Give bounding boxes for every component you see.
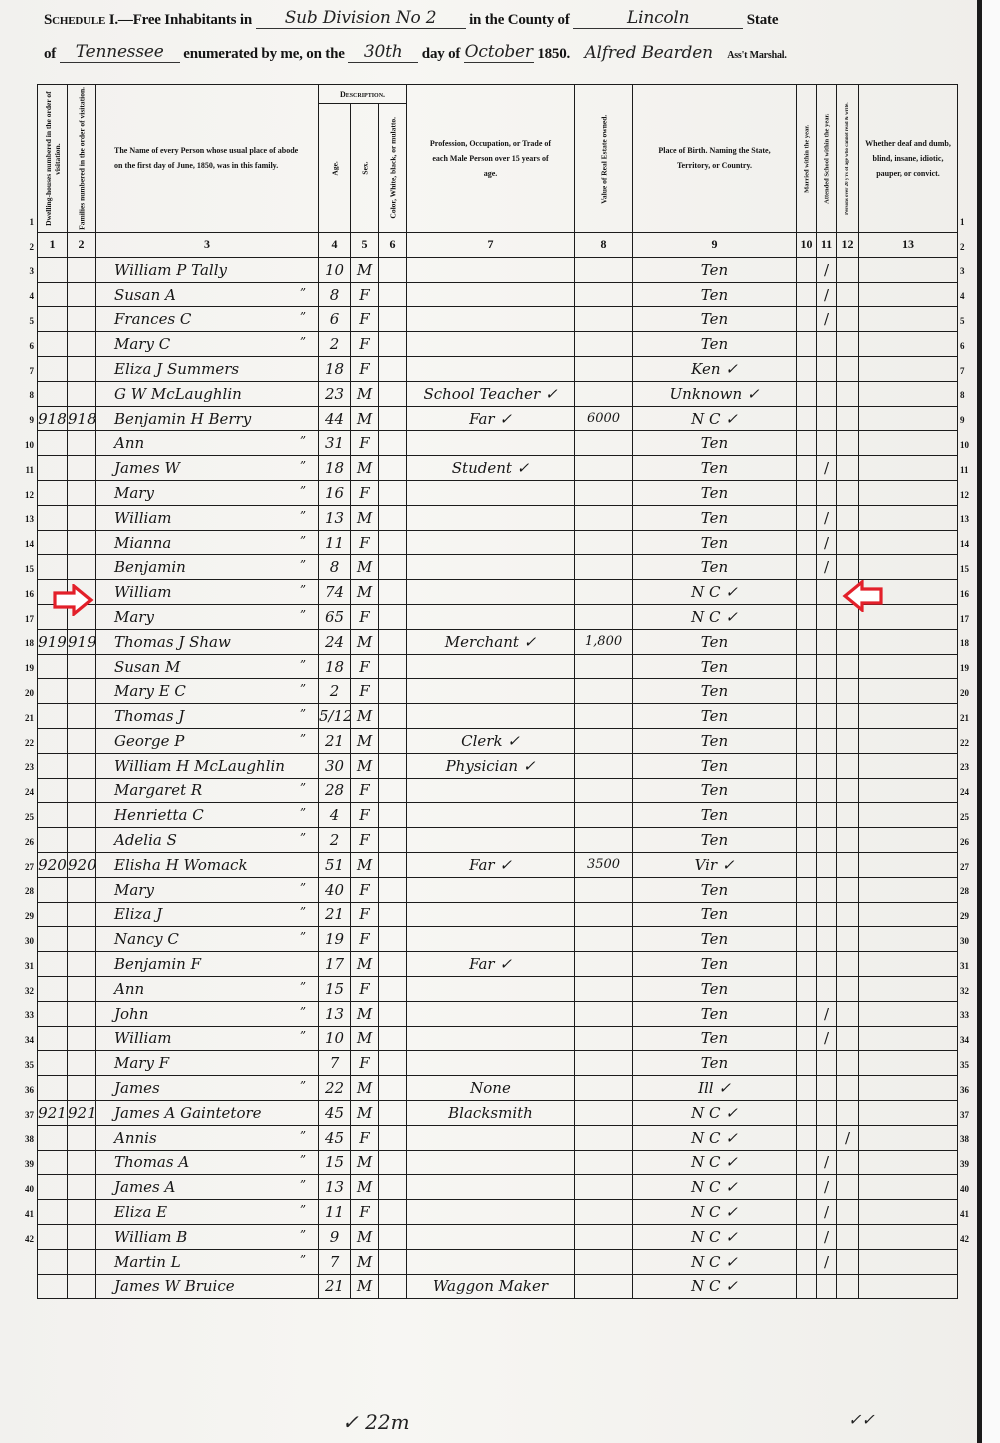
column-number: 11	[817, 232, 837, 257]
line-number-right: 29	[960, 911, 976, 921]
birthplace-cell: N C ✓	[633, 1125, 797, 1150]
attended-school-cell	[817, 406, 837, 431]
person-name-cell: Thomas J Shaw	[96, 629, 319, 654]
color-cell	[379, 505, 407, 530]
sex-cell: F	[351, 605, 379, 630]
day-field: 30th	[348, 42, 418, 63]
person-name: George P	[114, 732, 184, 750]
census-row: Benjamin F17MFar ✓Ten	[38, 952, 958, 977]
line-number-left: 33	[12, 1010, 34, 1020]
line-number-right: 27	[960, 862, 976, 872]
line-number-right: 14	[960, 539, 976, 549]
census-row: Adelia S”2FTen	[38, 828, 958, 853]
person-name: Susan A	[114, 286, 176, 304]
real-estate-value-cell	[575, 704, 633, 729]
color-cell	[379, 1125, 407, 1150]
birthplace-cell: N C ✓	[633, 1274, 797, 1299]
married-within-year-cell	[797, 406, 817, 431]
birthplace-cell: Ten	[633, 530, 797, 555]
attended-school-cell: /	[817, 505, 837, 530]
ditto-mark: ”	[300, 806, 306, 820]
cannot-read-write-cell	[837, 1274, 859, 1299]
person-name: G W McLaughlin	[114, 385, 242, 403]
line-number-left: 27	[12, 862, 34, 872]
sex-cell: F	[351, 828, 379, 853]
ditto-mark: ”	[300, 335, 306, 349]
column-number: 10	[797, 232, 817, 257]
person-name: Thomas A	[114, 1153, 189, 1171]
line-number-right: 19	[960, 663, 976, 673]
sex-cell: F	[351, 530, 379, 555]
cannot-read-write-cell	[837, 307, 859, 332]
schedule-header-line2: of Tennessee enumerated by me, on the 30…	[44, 42, 787, 63]
birthplace-cell: Ten	[633, 1051, 797, 1076]
person-name-cell: Eliza J Summers	[96, 357, 319, 382]
col-header-birthplace: Place of Birth. Naming the State, Territ…	[633, 85, 797, 233]
dwelling-number-cell	[38, 1051, 68, 1076]
sex-cell: M	[351, 555, 379, 580]
married-within-year-cell	[797, 456, 817, 481]
sex-cell: M	[351, 1175, 379, 1200]
census-row: Nancy C”19FTen	[38, 927, 958, 952]
cannot-read-write-cell	[837, 852, 859, 877]
married-within-year-cell	[797, 902, 817, 927]
dwelling-number-cell	[38, 654, 68, 679]
line-number-left: 4	[12, 291, 34, 301]
real-estate-value-cell	[575, 282, 633, 307]
dwelling-number-cell	[38, 282, 68, 307]
family-number-cell	[68, 1249, 96, 1274]
ditto-mark: ”	[300, 682, 306, 696]
line-number-right: 4	[960, 291, 976, 301]
line-number-left: 32	[12, 986, 34, 996]
line-number-right: 26	[960, 837, 976, 847]
sex-cell: M	[351, 1224, 379, 1249]
person-name-cell: George P”	[96, 729, 319, 754]
header-text: enumerated by me, on the	[183, 46, 344, 62]
birthplace-cell: Ten	[633, 729, 797, 754]
age-cell: 5/12	[319, 704, 351, 729]
person-name-cell: Mary E C”	[96, 679, 319, 704]
family-number-cell	[68, 828, 96, 853]
cannot-read-write-cell	[837, 431, 859, 456]
married-within-year-cell	[797, 1274, 817, 1299]
deaf-blind-status-cell	[859, 778, 958, 803]
real-estate-value-cell	[575, 307, 633, 332]
attended-school-cell	[817, 431, 837, 456]
person-name: Frances C	[114, 310, 191, 328]
cannot-read-write-cell	[837, 729, 859, 754]
cannot-read-write-cell	[837, 629, 859, 654]
person-name-cell: G W McLaughlin	[96, 381, 319, 406]
line-number-left: 9	[12, 415, 34, 425]
married-within-year-cell	[797, 357, 817, 382]
family-number-cell	[68, 555, 96, 580]
real-estate-value-cell	[575, 1026, 633, 1051]
line-number-right: 21	[960, 713, 976, 723]
family-number-cell	[68, 505, 96, 530]
occupation-cell	[407, 976, 575, 1001]
census-row: James A”13MN C ✓/	[38, 1175, 958, 1200]
person-name: Ann	[114, 980, 144, 998]
line-number-right: 15	[960, 564, 976, 574]
attended-school-cell	[817, 357, 837, 382]
birthplace-cell: N C ✓	[633, 580, 797, 605]
person-name-cell: Frances C”	[96, 307, 319, 332]
attended-school-cell: /	[817, 1249, 837, 1274]
person-name-cell: Margaret R”	[96, 778, 319, 803]
line-number-left: 21	[12, 713, 34, 723]
birthplace-cell: Ten	[633, 257, 797, 282]
ditto-mark: ”	[300, 980, 306, 994]
occupation-cell	[407, 927, 575, 952]
occupation-cell	[407, 282, 575, 307]
deaf-blind-status-cell	[859, 1076, 958, 1101]
sex-cell: F	[351, 927, 379, 952]
col-header-real-estate: Value of Real Estate owned.	[575, 85, 633, 233]
birthplace-cell: Ten	[633, 679, 797, 704]
person-name: Benjamin F	[114, 955, 201, 973]
person-name-cell: Nancy C”	[96, 927, 319, 952]
person-name: Mary	[114, 881, 154, 899]
dwelling-number-cell	[38, 976, 68, 1001]
cannot-read-write-cell	[837, 381, 859, 406]
age-cell: 19	[319, 927, 351, 952]
sex-cell: F	[351, 1200, 379, 1225]
married-within-year-cell	[797, 555, 817, 580]
person-name-cell: Elisha H Womack	[96, 852, 319, 877]
sex-cell: M	[351, 952, 379, 977]
footer-check-marks: ✓✓	[848, 1410, 875, 1429]
family-number-cell	[68, 1051, 96, 1076]
real-estate-value-cell	[575, 1224, 633, 1249]
family-number-cell	[68, 1026, 96, 1051]
family-number-cell	[68, 1076, 96, 1101]
color-cell	[379, 927, 407, 952]
family-number-cell	[68, 654, 96, 679]
deaf-blind-status-cell	[859, 704, 958, 729]
color-cell	[379, 778, 407, 803]
age-cell: 7	[319, 1249, 351, 1274]
birthplace-cell: N C ✓	[633, 605, 797, 630]
dwelling-number-cell	[38, 877, 68, 902]
person-name-cell: Mary C”	[96, 332, 319, 357]
census-row: William”74MN C ✓	[38, 580, 958, 605]
cannot-read-write-cell	[837, 1224, 859, 1249]
family-number-cell	[68, 1150, 96, 1175]
line-number-left: 39	[12, 1159, 34, 1169]
sex-cell: M	[351, 1026, 379, 1051]
line-number-left: 42	[12, 1234, 34, 1244]
dwelling-number-cell	[38, 1001, 68, 1026]
person-name-cell: Mary F	[96, 1051, 319, 1076]
married-within-year-cell	[797, 605, 817, 630]
person-name-cell: James”	[96, 1076, 319, 1101]
color-cell	[379, 877, 407, 902]
ditto-mark: ”	[300, 732, 306, 746]
person-name: Annis	[114, 1129, 157, 1147]
deaf-blind-status-cell	[859, 1249, 958, 1274]
sex-cell: M	[351, 753, 379, 778]
person-name: Susan M	[114, 658, 180, 676]
census-row: G W McLaughlin23MSchool Teacher ✓Unknown…	[38, 381, 958, 406]
occupation-cell	[407, 902, 575, 927]
dwelling-number-cell	[38, 828, 68, 853]
census-row: Annis”45FN C ✓/	[38, 1125, 958, 1150]
real-estate-value-cell	[575, 927, 633, 952]
family-number-cell	[68, 1274, 96, 1299]
person-name: William P Tally	[114, 261, 227, 279]
real-estate-value-cell	[575, 729, 633, 754]
age-cell: 44	[319, 406, 351, 431]
line-number-left: 8	[12, 390, 34, 400]
ditto-mark: ”	[300, 1228, 306, 1242]
line-number-left: 14	[12, 539, 34, 549]
real-estate-value-cell	[575, 381, 633, 406]
header-text: in the County of	[469, 12, 570, 28]
color-cell	[379, 753, 407, 778]
census-row: William”13MTen/	[38, 505, 958, 530]
attended-school-cell	[817, 902, 837, 927]
age-cell: 10	[319, 257, 351, 282]
dwelling-number-cell	[38, 1249, 68, 1274]
column-number: 7	[407, 232, 575, 257]
person-name-cell: William”	[96, 505, 319, 530]
cannot-read-write-cell	[837, 654, 859, 679]
cannot-read-write-cell	[837, 1026, 859, 1051]
dwelling-number-cell: 918	[38, 406, 68, 431]
attended-school-cell	[817, 828, 837, 853]
dwelling-number-cell	[38, 704, 68, 729]
line-number-left: 10	[12, 440, 34, 450]
color-cell	[379, 406, 407, 431]
col-header-color: Color, White, black, or mulatto.	[379, 104, 407, 233]
person-name-cell: James W Bruice	[96, 1274, 319, 1299]
occupation-cell	[407, 530, 575, 555]
dwelling-number-cell	[38, 505, 68, 530]
occupation-cell: Blacksmith	[407, 1100, 575, 1125]
real-estate-value-cell	[575, 1150, 633, 1175]
census-table: Dwelling-houses numbered in the order of…	[37, 84, 957, 1299]
attended-school-cell: /	[817, 1150, 837, 1175]
real-estate-value-cell: 3500	[575, 852, 633, 877]
birthplace-cell: N C ✓	[633, 1100, 797, 1125]
census-row: Susan M”18FTen	[38, 654, 958, 679]
line-number-right: 28	[960, 886, 976, 896]
real-estate-value-cell	[575, 332, 633, 357]
deaf-blind-status-cell	[859, 877, 958, 902]
deaf-blind-status-cell	[859, 1100, 958, 1125]
attended-school-cell	[817, 679, 837, 704]
line-number-right: 16	[960, 589, 976, 599]
color-cell	[379, 1001, 407, 1026]
line-number-right: 33	[960, 1010, 976, 1020]
person-name: Adelia S	[114, 831, 177, 849]
age-cell: 21	[319, 902, 351, 927]
sex-cell: M	[351, 629, 379, 654]
person-name: Thomas J	[114, 707, 184, 725]
family-number-cell	[68, 1175, 96, 1200]
color-cell	[379, 431, 407, 456]
birthplace-cell: Ten	[633, 505, 797, 530]
dwelling-number-cell	[38, 729, 68, 754]
married-within-year-cell	[797, 629, 817, 654]
married-within-year-cell	[797, 307, 817, 332]
color-cell	[379, 605, 407, 630]
occupation-cell	[407, 1026, 575, 1051]
age-cell: 11	[319, 530, 351, 555]
column-number: 1	[38, 232, 68, 257]
deaf-blind-status-cell	[859, 1051, 958, 1076]
sex-cell: M	[351, 505, 379, 530]
color-cell	[379, 1200, 407, 1225]
person-name: James W	[114, 459, 180, 477]
line-number-right: 23	[960, 762, 976, 772]
real-estate-value-cell	[575, 1274, 633, 1299]
sex-cell: F	[351, 481, 379, 506]
sex-cell: F	[351, 778, 379, 803]
person-name-cell: Thomas J”	[96, 704, 319, 729]
person-name: James W Bruice	[114, 1277, 235, 1295]
line-number-left: 24	[12, 787, 34, 797]
attended-school-cell	[817, 1100, 837, 1125]
family-number-cell	[68, 976, 96, 1001]
dwelling-number-cell	[38, 481, 68, 506]
census-row: Mary”65FN C ✓	[38, 605, 958, 630]
person-name: Mianna	[114, 534, 171, 552]
age-cell: 18	[319, 456, 351, 481]
dwelling-number-cell: 921	[38, 1100, 68, 1125]
sex-cell: F	[351, 1051, 379, 1076]
family-number-cell: 920	[68, 852, 96, 877]
col-header-occupation: Profession, Occupation, or Trade of each…	[407, 85, 575, 233]
line-number-left: 38	[12, 1134, 34, 1144]
line-number-left: 5	[12, 316, 34, 326]
color-cell	[379, 1274, 407, 1299]
family-number-cell	[68, 877, 96, 902]
married-within-year-cell	[797, 803, 817, 828]
census-row: 921921James A Gaintetore45MBlacksmithN C…	[38, 1100, 958, 1125]
line-number-left: 28	[12, 886, 34, 896]
birthplace-cell: Ten	[633, 307, 797, 332]
person-name: Mary	[114, 484, 154, 502]
person-name: James A	[114, 1178, 175, 1196]
dwelling-number-cell	[38, 1150, 68, 1175]
family-number-cell	[68, 357, 96, 382]
married-within-year-cell	[797, 778, 817, 803]
ditto-mark: ”	[300, 509, 306, 523]
age-cell: 8	[319, 282, 351, 307]
age-cell: 45	[319, 1100, 351, 1125]
birthplace-cell: Ten	[633, 902, 797, 927]
person-name-cell: James A”	[96, 1175, 319, 1200]
line-number-left: 26	[12, 837, 34, 847]
line-number-left: 11	[12, 465, 34, 475]
family-number-cell	[68, 530, 96, 555]
census-row: Frances C”6FTen/	[38, 307, 958, 332]
person-name: William	[114, 1029, 172, 1047]
deaf-blind-status-cell	[859, 1026, 958, 1051]
census-row: Mary E C”2FTen	[38, 679, 958, 704]
family-number-cell	[68, 307, 96, 332]
occupation-cell: Waggon Maker	[407, 1274, 575, 1299]
line-number-left: 41	[12, 1209, 34, 1219]
line-number-left: 3	[12, 266, 34, 276]
color-cell	[379, 654, 407, 679]
real-estate-value-cell	[575, 456, 633, 481]
sex-cell: F	[351, 803, 379, 828]
header-text: —Free Inhabitants in	[118, 12, 252, 28]
person-name-cell: Adelia S”	[96, 828, 319, 853]
cannot-read-write-cell	[837, 282, 859, 307]
attended-school-cell	[817, 629, 837, 654]
sex-cell: F	[351, 282, 379, 307]
census-row: 920920Elisha H Womack51MFar ✓3500Vir ✓	[38, 852, 958, 877]
family-number-cell	[68, 332, 96, 357]
census-rows: William P Tally10MTen/Susan A”8FTen/Fran…	[38, 257, 958, 1298]
family-number-cell	[68, 952, 96, 977]
family-number-cell: 919	[68, 629, 96, 654]
sex-cell: F	[351, 357, 379, 382]
occupation-cell	[407, 357, 575, 382]
sex-cell: M	[351, 729, 379, 754]
ditto-mark: ”	[300, 608, 306, 622]
occupation-cell	[407, 431, 575, 456]
real-estate-value-cell	[575, 753, 633, 778]
person-name: William	[114, 583, 172, 601]
year-text: 1850.	[537, 46, 570, 62]
page-binding-edge	[977, 0, 1000, 1443]
census-row: William”10MTen/	[38, 1026, 958, 1051]
line-number-right: 11	[960, 465, 976, 475]
cannot-read-write-cell	[837, 1076, 859, 1101]
census-row: James W Bruice21MWaggon MakerN C ✓	[38, 1274, 958, 1299]
state-field: Tennessee	[60, 42, 180, 63]
real-estate-value-cell	[575, 1100, 633, 1125]
married-within-year-cell	[797, 431, 817, 456]
age-cell: 18	[319, 357, 351, 382]
age-cell: 13	[319, 505, 351, 530]
census-row: Margaret R”28FTen	[38, 778, 958, 803]
attended-school-cell: /	[817, 282, 837, 307]
cannot-read-write-cell	[837, 803, 859, 828]
person-name: James	[114, 1079, 160, 1097]
attended-school-cell	[817, 654, 837, 679]
ditto-mark: ”	[300, 930, 306, 944]
cannot-read-write-cell	[837, 976, 859, 1001]
person-name-cell: Mary”	[96, 481, 319, 506]
occupation-cell	[407, 1249, 575, 1274]
person-name-cell: Martin L”	[96, 1249, 319, 1274]
deaf-blind-status-cell	[859, 332, 958, 357]
married-within-year-cell	[797, 976, 817, 1001]
age-cell: 22	[319, 1076, 351, 1101]
occupation-cell: School Teacher ✓	[407, 381, 575, 406]
real-estate-value-cell	[575, 580, 633, 605]
age-cell: 13	[319, 1175, 351, 1200]
person-name-cell: Ann”	[96, 976, 319, 1001]
dwelling-number-cell	[38, 431, 68, 456]
age-cell: 40	[319, 877, 351, 902]
married-within-year-cell	[797, 1125, 817, 1150]
occupation-cell	[407, 679, 575, 704]
birthplace-cell: N C ✓	[633, 1224, 797, 1249]
married-within-year-cell	[797, 654, 817, 679]
deaf-blind-status-cell	[859, 1274, 958, 1299]
ditto-mark: ”	[300, 1178, 306, 1192]
census-row: John”13MTen/	[38, 1001, 958, 1026]
person-name-cell: James W”	[96, 456, 319, 481]
